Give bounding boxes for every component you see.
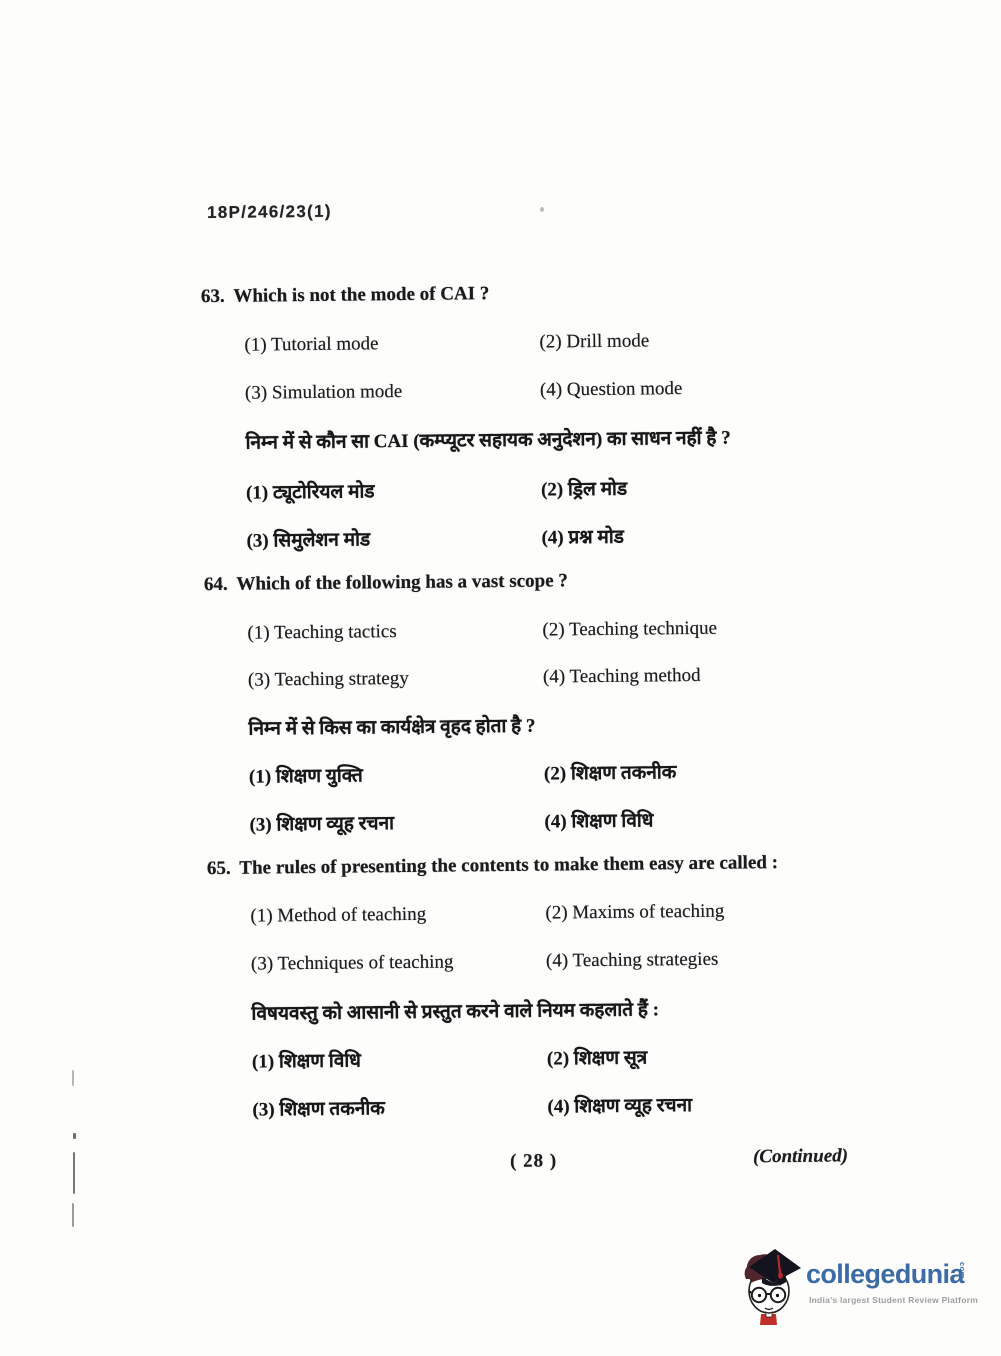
collegedunia-brand-row: collegeduniacom bbox=[806, 1259, 984, 1290]
question-63-hi-options-row-2: (3) सिमुलेशन मोड (4) प्रश्न मोड bbox=[246, 520, 866, 552]
question-65-en-option-1: (1) Method of teaching bbox=[250, 904, 426, 928]
question-65-hi-option-3: (3) शिक्षण तकनीक bbox=[252, 1094, 385, 1121]
question-64-en-options-row-1: (1) Teaching tactics (2) Teaching techni… bbox=[247, 616, 867, 648]
collegedunia-watermark: collegeduniacom India's largest Student … bbox=[740, 1243, 1000, 1355]
question-63-en-options-row-1: (1) Tutorial mode (2) Drill mode bbox=[244, 328, 864, 360]
question-65-text-en: The rules of presenting the contents to … bbox=[239, 852, 778, 879]
continued-note: (Continued) bbox=[753, 1145, 848, 1168]
printed-content: 18P/246/23(1) 63. Which is not the mode … bbox=[0, 0, 1001, 1356]
question-65-english: 65. The rules of presenting the contents… bbox=[207, 852, 778, 880]
question-64-hi-options-row-1: (1) शिक्षण युक्ति (2) शिक्षण तकनीक bbox=[249, 756, 869, 788]
question-63-text-hi: निम्न में से कौन सा CAI (कम्प्यूटर सहायक… bbox=[245, 424, 730, 455]
question-64-text-en: Which of the following has a vast scope … bbox=[236, 570, 568, 594]
question-64-hi-option-3: (3) शिक्षण व्यूह रचना bbox=[249, 809, 394, 837]
question-64-hi-option-4: (4) शिक्षण विधि bbox=[544, 806, 653, 833]
question-65-en-option-3: (3) Techniques of teaching bbox=[251, 952, 454, 976]
page-number: ( 28 ) bbox=[510, 1150, 557, 1172]
question-65-hi-options-row-1: (1) शिक्षण विधि (2) शिक्षण सूत्र bbox=[252, 1041, 872, 1073]
scan-artifact bbox=[73, 1152, 75, 1194]
question-64-hi-option-1: (1) शिक्षण युक्ति bbox=[249, 761, 363, 788]
question-63-hi-option-1: (1) ट्यूटोरियल मोड bbox=[246, 477, 375, 504]
question-65-number: 65. bbox=[207, 858, 235, 880]
question-65-en-options-row-1: (1) Method of teaching (2) Maxims of tea… bbox=[250, 899, 870, 931]
collegedunia-mascot-icon bbox=[742, 1245, 804, 1329]
paper-code: 18P/246/23(1) bbox=[207, 202, 332, 223]
question-65-hi-options-row-2: (3) शिक्षण तकनीक (4) शिक्षण व्यूह रचना bbox=[252, 1089, 872, 1121]
question-65-hi-option-2: (2) शिक्षण सूत्र bbox=[547, 1043, 647, 1070]
question-64-en-option-2: (2) Teaching technique bbox=[542, 618, 717, 642]
collegedunia-brand-text: collegedunia bbox=[806, 1259, 964, 1290]
question-63-en-options-row-2: (3) Simulation mode (4) Question mode bbox=[245, 376, 865, 408]
scan-artifact bbox=[72, 1070, 74, 1086]
question-63-hi-option-2: (2) ड्रिल मोड bbox=[541, 475, 627, 502]
question-64-hi-option-2: (2) शिक्षण तकनीक bbox=[544, 758, 677, 785]
question-64-en-options-row-2: (3) Teaching strategy (4) Teaching metho… bbox=[248, 663, 868, 695]
question-63-text-en: Which is not the mode of CAI ? bbox=[233, 283, 489, 307]
question-65-hi-option-4: (4) शिक्षण व्यूह रचना bbox=[547, 1091, 692, 1119]
question-65-en-option-2: (2) Maxims of teaching bbox=[545, 901, 724, 925]
question-65-en-option-4: (4) Teaching strategies bbox=[546, 949, 719, 973]
collegedunia-tagline: India's largest Student Review Platform bbox=[809, 1295, 978, 1305]
question-63-en-option-3: (3) Simulation mode bbox=[245, 381, 402, 405]
scan-artifact bbox=[540, 207, 544, 212]
question-65-hi-option-1: (1) शिक्षण विधि bbox=[252, 1046, 361, 1073]
question-63-en-option-1: (1) Tutorial mode bbox=[244, 333, 378, 356]
question-63-en-option-2: (2) Drill mode bbox=[539, 330, 649, 353]
question-63-hi-option-4: (4) प्रश्न मोड bbox=[541, 523, 624, 550]
scan-artifact bbox=[73, 1133, 76, 1139]
question-64-en-option-4: (4) Teaching method bbox=[543, 665, 701, 689]
collegedunia-domain-suffix: com bbox=[958, 1262, 967, 1279]
question-64-hi-options-row-2: (3) शिक्षण व्यूह रचना (4) शिक्षण विधि bbox=[249, 804, 869, 836]
question-64-en-option-3: (3) Teaching strategy bbox=[248, 668, 409, 692]
scanned-exam-page: 18P/246/23(1) 63. Which is not the mode … bbox=[0, 0, 1001, 1356]
question-64-english: 64. Which of the following has a vast sc… bbox=[204, 570, 568, 596]
question-64-text-hi: निम्न में से किस का कार्यक्षेत्र वृहद हो… bbox=[248, 712, 535, 741]
question-65-text-hi: विषयवस्तु को आसानी से प्रस्तुत करने वाले… bbox=[251, 995, 659, 1025]
question-63-hi-option-3: (3) सिमुलेशन मोड bbox=[246, 525, 370, 552]
question-64-en-option-1: (1) Teaching tactics bbox=[247, 621, 396, 645]
question-63-en-option-4: (4) Question mode bbox=[540, 378, 683, 401]
question-63-english: 63. Which is not the mode of CAI ? bbox=[201, 283, 490, 308]
question-63-number: 63. bbox=[201, 286, 229, 308]
scan-artifact bbox=[72, 1203, 74, 1227]
question-65-en-options-row-2: (3) Techniques of teaching (4) Teaching … bbox=[251, 947, 871, 979]
question-64-number: 64. bbox=[204, 574, 232, 596]
question-63-hi-options-row-1: (1) ट्यूटोरियल मोड (2) ड्रिल मोड bbox=[246, 472, 866, 504]
